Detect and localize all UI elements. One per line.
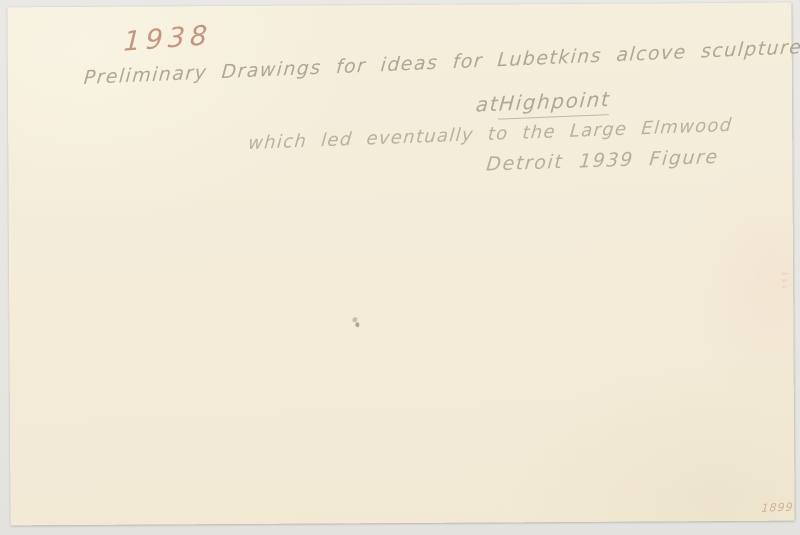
- paper-stain-marks: [782, 273, 790, 289]
- annotation-year: 1938: [122, 20, 213, 58]
- graphite-speck: [351, 317, 361, 329]
- card-verso: 1938 Preliminary Drawings for ideas for …: [7, 3, 794, 526]
- annotation-detroit-text: Detroit 1939 Figure: [485, 146, 719, 176]
- annotation-detroit-line: Detroit 1939 Figure: [486, 146, 719, 175]
- annotation-location-line: at Highpoint: [475, 87, 611, 120]
- annotation-location-underlined: Highpoint: [498, 87, 612, 120]
- annotation-year-text: 1938: [123, 20, 213, 58]
- scan-background: 1938 Preliminary Drawings for ideas for …: [0, 0, 800, 535]
- annotation-inventory-number: 1899: [761, 500, 794, 514]
- annotation-location-prefix: at: [475, 92, 500, 117]
- annotation-inventory-number-text: 1899: [761, 500, 794, 514]
- speck-dot: [355, 322, 359, 327]
